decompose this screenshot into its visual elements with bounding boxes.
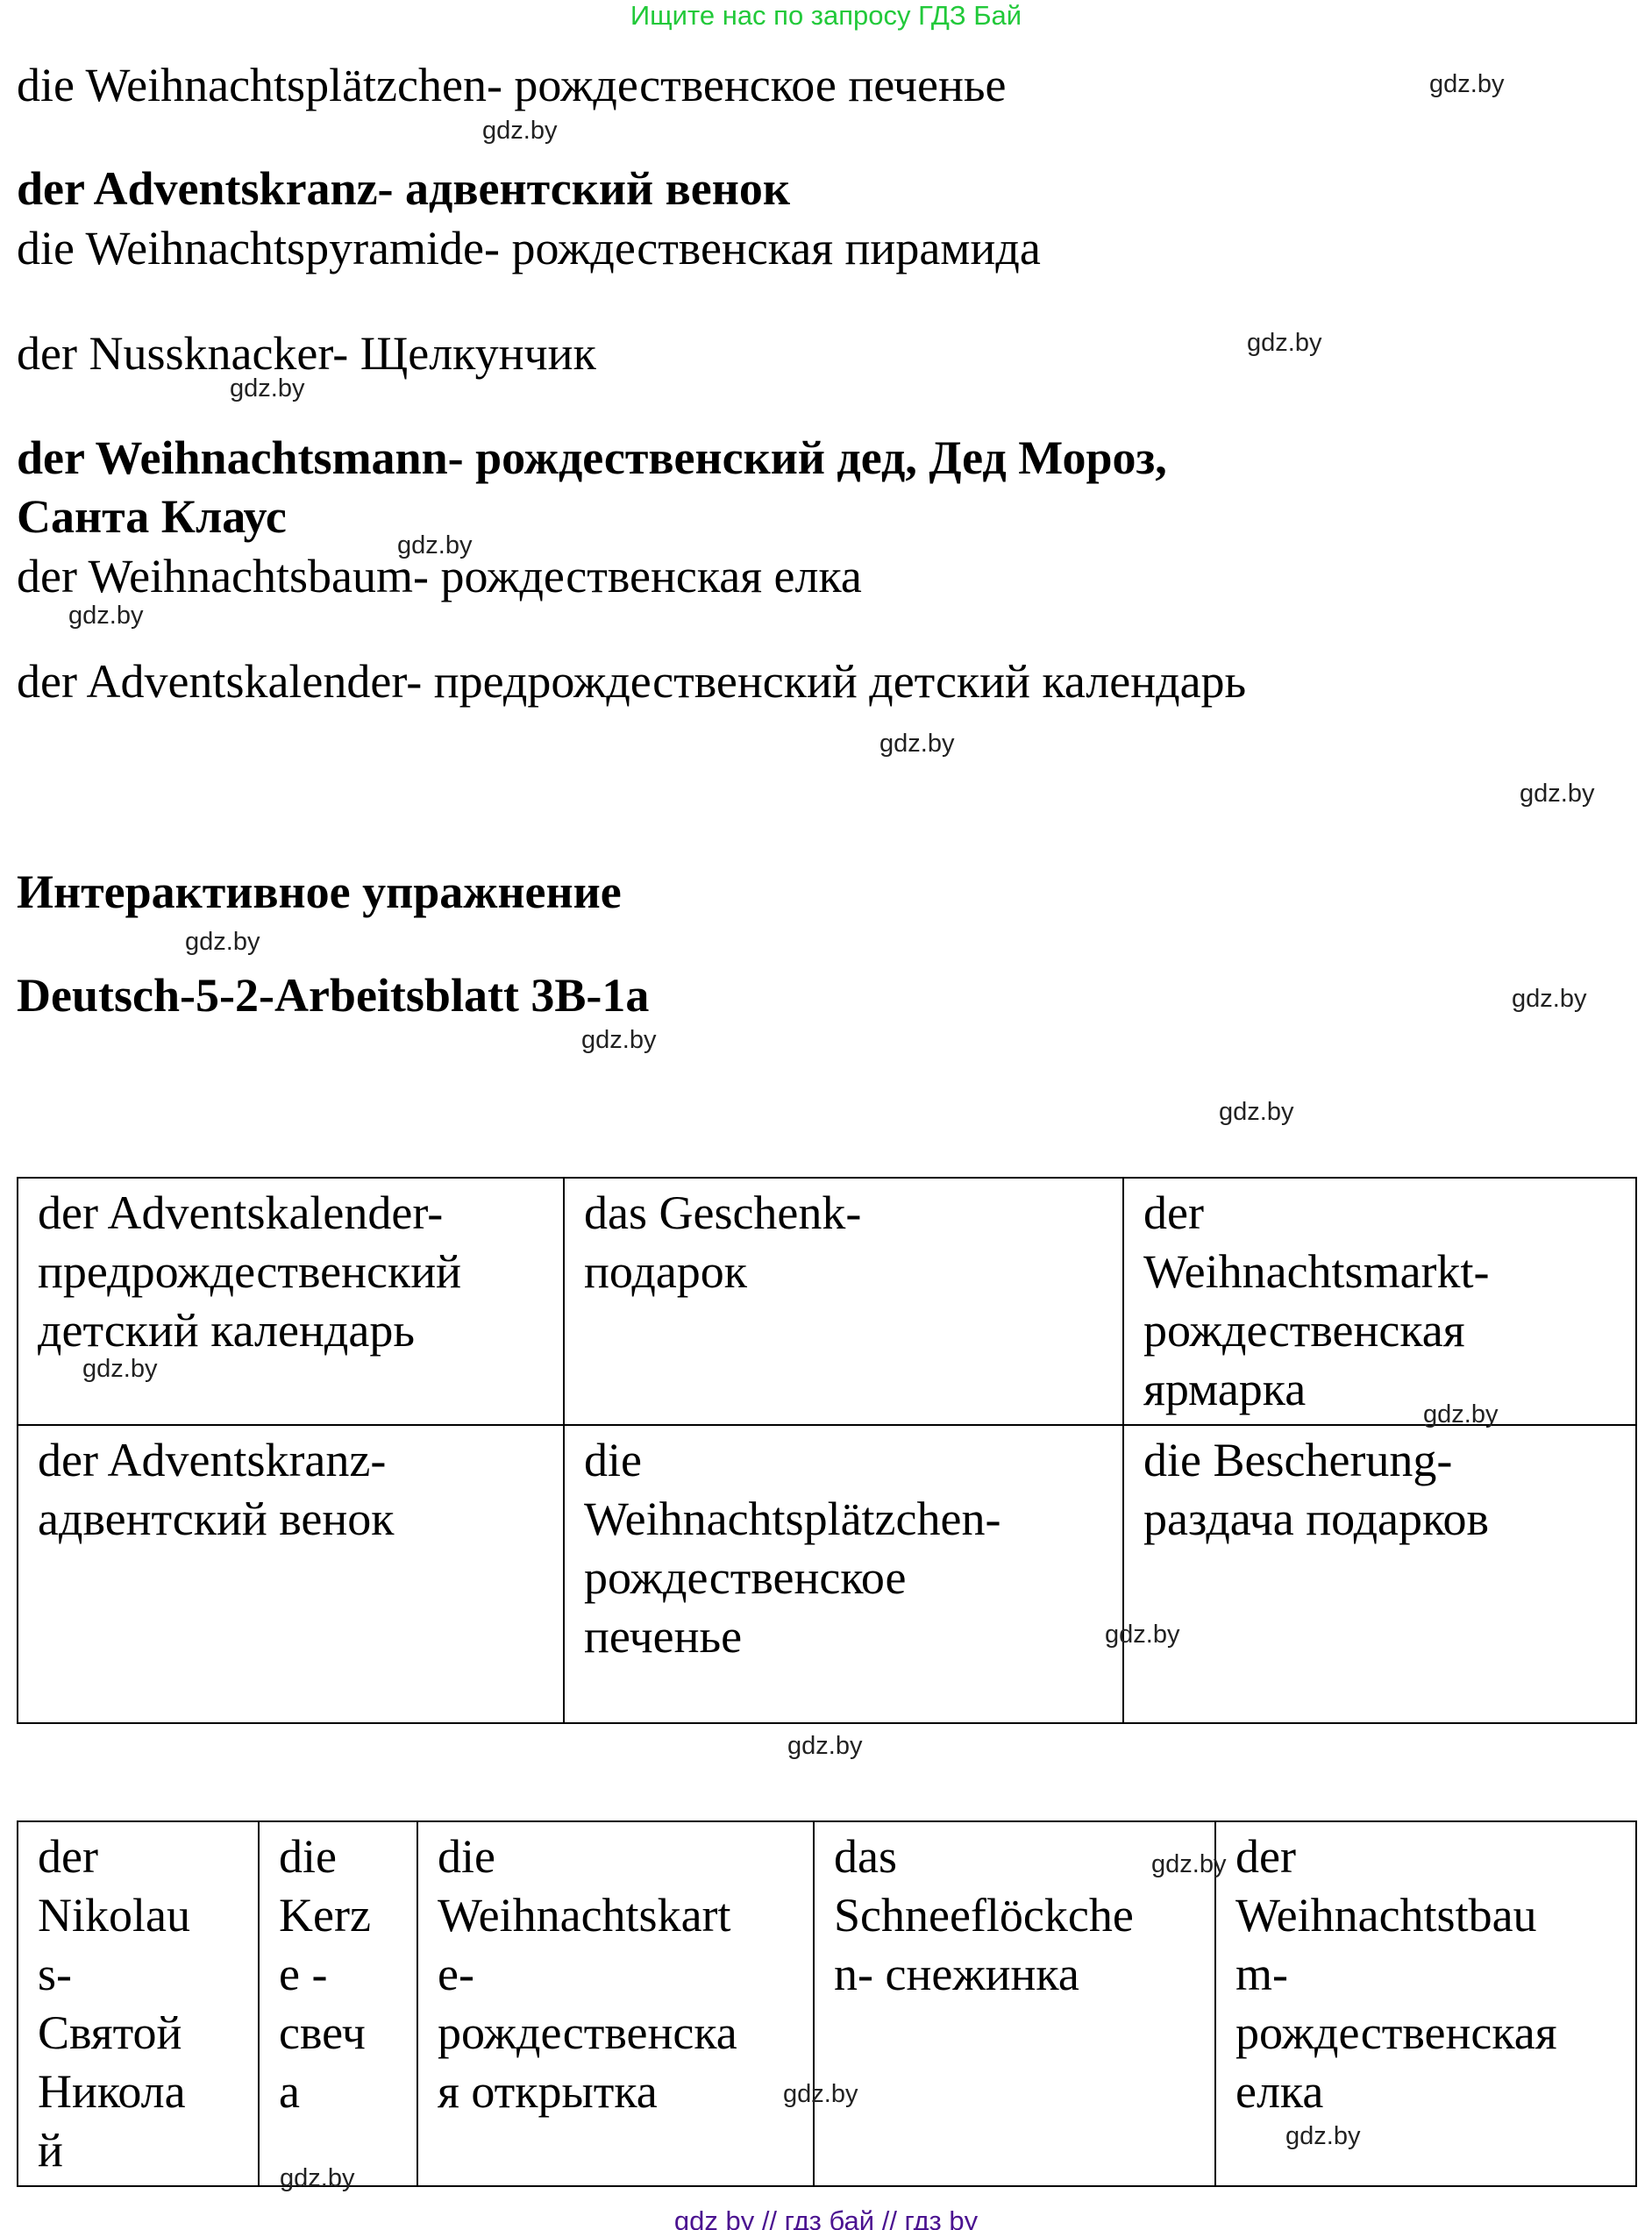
watermark: gdz.by	[1520, 780, 1594, 809]
watermark: gdz.by	[1285, 2122, 1360, 2151]
watermark: gdz.by	[1151, 1850, 1226, 1879]
watermark: gdz.by	[1219, 1098, 1293, 1127]
table-cell: der Adventskranz- адвентский венок	[18, 1425, 564, 1723]
table-cell: die Weihnachtskart e- рождественска я от…	[417, 1821, 814, 2186]
watermark: gdz.by	[397, 531, 472, 560]
search-hint-link[interactable]: Ищите нас по запросу ГДЗ Бай	[0, 0, 1652, 32]
table-cell: das Geschenk- подарок	[564, 1178, 1123, 1425]
watermark: gdz.by	[82, 1355, 157, 1384]
footer-links[interactable]: gdz by // гдз бай // гдз by	[0, 2205, 1652, 2230]
watermark: gdz.by	[185, 928, 260, 957]
watermark: gdz.by	[787, 1732, 862, 1761]
table-row: der Nikolau s- Святой Никола й die Kerz …	[18, 1821, 1636, 2186]
watermark: gdz.by	[1512, 985, 1586, 1014]
watermark: gdz.by	[1105, 1621, 1179, 1649]
watermark: gdz.by	[581, 1026, 656, 1055]
worksheet-title: Deutsch-5-2-Arbeitsblatt 3B-1a	[17, 972, 649, 1019]
vocab-line-3: die Weihnachtspyramide- рождественская п…	[17, 224, 1041, 272]
table-cell: der Nikolau s- Святой Никола й	[18, 1821, 259, 2186]
table-cell: der Weihnachtstbau m- рождественская елк…	[1215, 1821, 1636, 2186]
watermark: gdz.by	[230, 374, 304, 403]
watermark: gdz.by	[1247, 329, 1321, 358]
vocab-line-4: der Nussknacker- Щелкунчик	[17, 330, 596, 377]
watermark: gdz.by	[68, 602, 143, 631]
watermark: gdz.by	[1423, 1400, 1498, 1429]
watermark: gdz.by	[280, 2164, 354, 2193]
vocab-line-8: der Adventskalender- предрождественский …	[17, 658, 1246, 705]
watermark: gdz.by	[1429, 70, 1504, 99]
vocab-line-5: der Weihnachtsmann- рождественский дед, …	[17, 434, 1167, 481]
vocab-line-6: Санта Клаус	[17, 493, 287, 540]
table-cell: der Weihnachtsmarkt- рождественская ярма…	[1123, 1178, 1636, 1425]
table-cell: der Adventskalender- предрождественский …	[18, 1178, 564, 1425]
table-cell: die Weihnachtsplätzchen- рождественское …	[564, 1425, 1123, 1723]
section-title: Интерактивное упражнение	[17, 868, 622, 916]
watermark: gdz.by	[879, 730, 954, 759]
table-row: der Adventskalender- предрождественский …	[18, 1178, 1636, 1425]
watermark: gdz.by	[482, 117, 557, 146]
table-cell: die Bescherung- раздача подарков	[1123, 1425, 1636, 1723]
table-row: der Adventskranz- адвентский венок die W…	[18, 1425, 1636, 1723]
table-cell: die Kerz e - свеч а	[259, 1821, 417, 2186]
vocab-table-2: der Nikolau s- Святой Никола й die Kerz …	[17, 1820, 1637, 2187]
vocab-line-1: die Weihnachtsplätzchen- рождественское …	[17, 61, 1007, 109]
watermark: gdz.by	[783, 2080, 858, 2109]
vocab-line-2: der Adventskranz- адвентский венок	[17, 165, 790, 212]
vocab-table-1: der Adventskalender- предрождественский …	[17, 1177, 1637, 1724]
